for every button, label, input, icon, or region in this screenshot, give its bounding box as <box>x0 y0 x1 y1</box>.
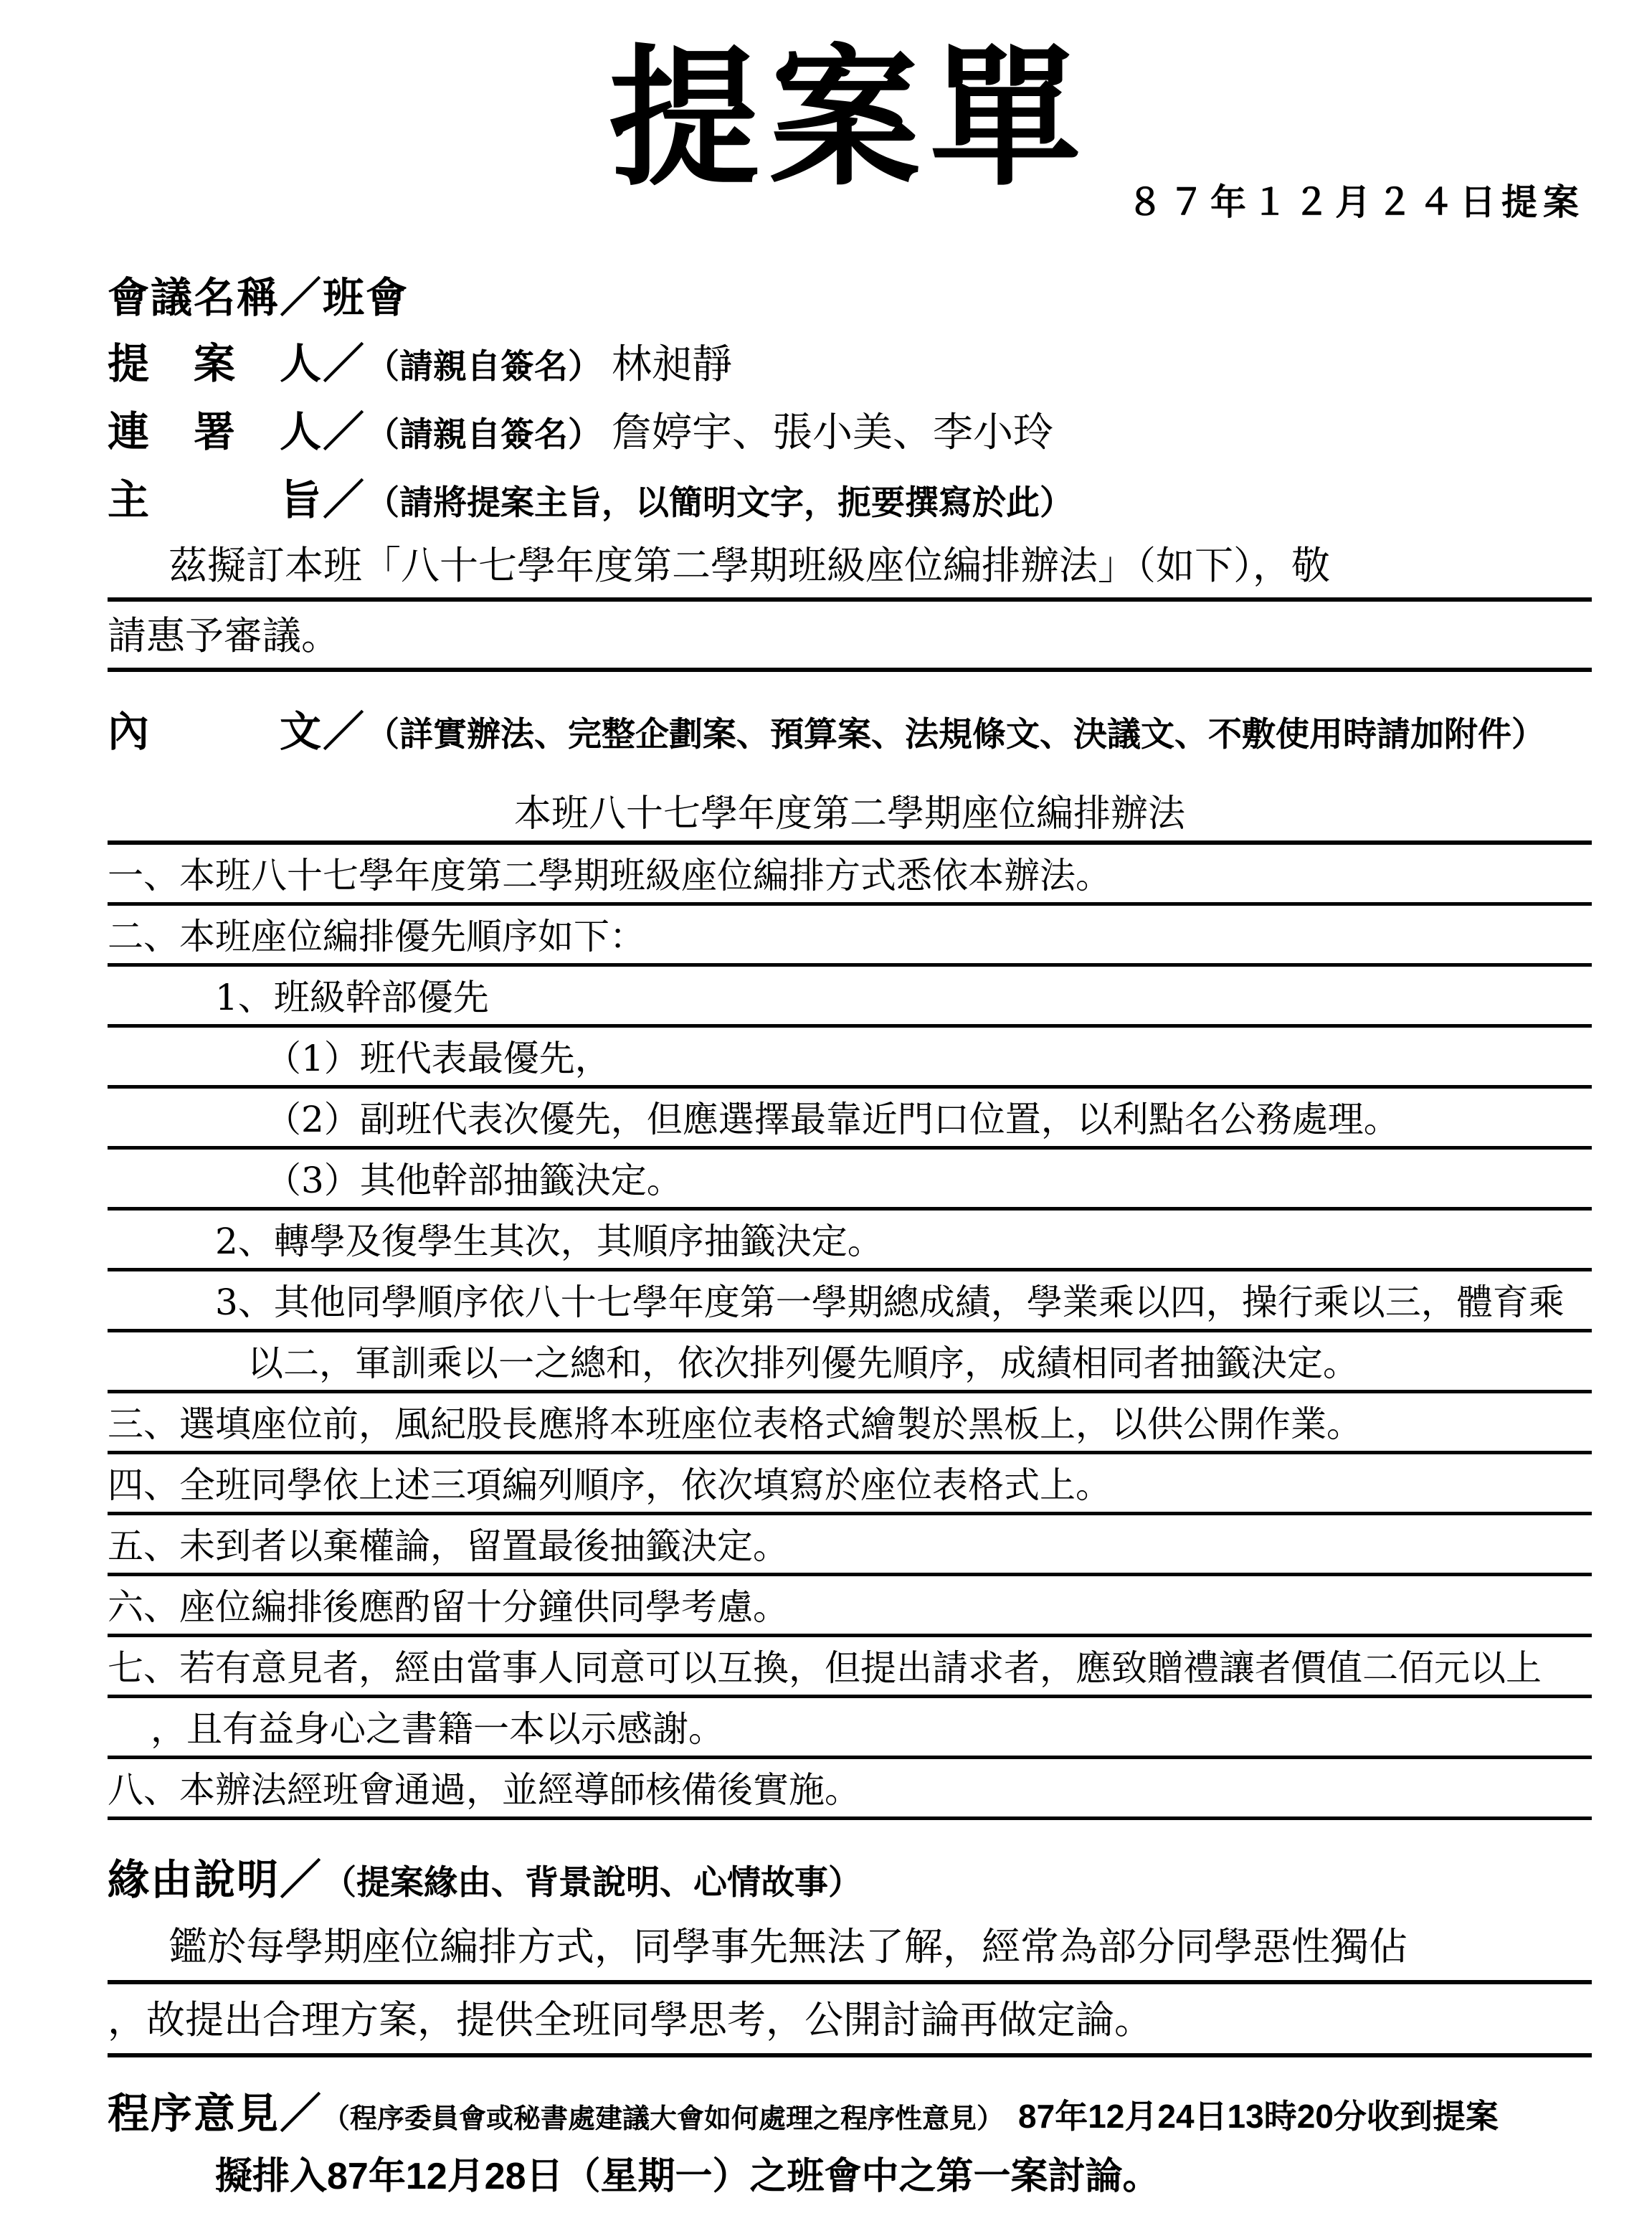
reason-lines: 鑑於每學期座位編排方式，同學事先無法了解，經常為部分同學惡性獨佔 ，故提出合理方… <box>108 1914 1592 2057</box>
reason-line: 鑑於每學期座位編排方式，同學事先無法了解，經常為部分同學惡性獨佔 <box>108 1914 1592 1984</box>
proposer-label: 提 案 人／ <box>108 340 366 389</box>
subject-line-text: 茲擬訂本班「八十七學年度第二學期班級座位編排辦法」（如下），敬 <box>168 543 1330 588</box>
proposer-signature: 林昶靜 <box>612 341 732 389</box>
field-procedure: 程序意見／ （程序委員會或秘書處建議大會如何處理之程序性意見） 87年12月24… <box>108 2092 1592 2141</box>
content-line: （1）班代表最優先， <box>108 1032 1592 1089</box>
reason-hint: （提案緣由、背景說明、心情故事） <box>323 1858 862 1907</box>
proposal-form-page: 提案單 ８７年１２月２４日提案 會議名稱／ 班會 提 案 人／ （請親自簽名） … <box>0 0 1652 2231</box>
content-line-text: 1、班級幹部優先 <box>215 977 489 1018</box>
content-line-text: 一、本班八十七學年度第二學期班級座位編排方式悉依本辦法。 <box>108 855 1111 896</box>
content-line: 二、本班座位編排優先順序如下： <box>108 910 1592 967</box>
content-doc-title: 本班八十七學年度第二學期座位編排辦法 <box>108 787 1592 845</box>
procedure-label: 程序意見／ <box>108 2092 323 2136</box>
content-line: 2、轉學及復學生其次，其順序抽籤決定。 <box>108 1215 1592 1271</box>
content-line-text: 二、本班座位編排優先順序如下： <box>108 916 645 957</box>
reason-label: 緣由說明／ <box>108 1856 323 1905</box>
subject-line-text: 請惠予審議。 <box>108 613 340 658</box>
content-line-text: 3、其他同學順序依八十七學年度第一學期總成績，學業乘以四，操行乘以三，體育乘 <box>215 1282 1565 1323</box>
subject-label: 主 旨／ <box>108 476 366 525</box>
procedure-hint: （程序委員會或秘書處建議大會如何處理之程序性意見） <box>323 2097 1004 2141</box>
field-cosigners: 連 署 人／ （請親自簽名） 詹婷宇、張小美、李小玲 <box>108 408 1592 459</box>
content-line: 五、未到者以棄權論，留置最後抽籤決定。 <box>108 1520 1592 1576</box>
procedure-received-note: 87年12月24日13時20分收到提案 <box>1018 2094 1499 2138</box>
cosigners-signatures: 詹婷宇、張小美、李小玲 <box>612 409 1053 458</box>
subject-line: 茲擬訂本班「八十七學年度第二學期班級座位編排辦法」（如下），敬 <box>108 534 1592 602</box>
procedure-line-text: 擬排入87年12月28日（星期一）之班會中之第一案討論。 <box>215 2156 1160 2197</box>
content-line-text: 七、若有意見者，經由當事人同意可以互換，但提出請求者，應致贈禮讓者價值二佰元以上 <box>108 1647 1542 1689</box>
meeting-label: 會議名稱／ <box>108 274 323 323</box>
content-line: ，且有益身心之書籍一本以示感謝。 <box>108 1702 1592 1759</box>
field-subject: 主 旨／ （請將提案主旨，以簡明文字，扼要撰寫於此） <box>108 476 1592 527</box>
content-line: （3）其他幹部抽籤決定。 <box>108 1154 1592 1211</box>
content-label: 內 文／ <box>108 708 366 757</box>
field-reason: 緣由說明／ （提案緣由、背景說明、心情故事） <box>108 1856 1592 1907</box>
content-line-text: 六、座位編排後應酌留十分鐘供同學考慮。 <box>108 1586 789 1628</box>
reason-line: ，故提出合理方案，提供全班同學思考，公開討論再做定論。 <box>108 1987 1592 2057</box>
content-line: （2）副班代表次優先，但應選擇最靠近門口位置，以利點名公務處理。 <box>108 1093 1592 1150</box>
content-line: 1、班級幹部優先 <box>108 971 1592 1028</box>
procedure-lines: 擬排入87年12月28日（星期一）之班會中之第一案討論。 <box>108 2151 1592 2202</box>
field-proposer: 提 案 人／ （請親自簽名） 林昶靜 <box>108 340 1592 391</box>
content-line-text: 五、未到者以棄權論，留置最後抽籤決定。 <box>108 1525 789 1567</box>
reason-line-text: 鑑於每學期座位編排方式，同學事先無法了解，經常為部分同學惡性獨佔 <box>168 1924 1407 1969</box>
content-line-text: 以二，軍訓乘以一之總和，依次排列優先順序，成績相同者抽籤決定。 <box>247 1342 1359 1384</box>
content-lines: 一、本班八十七學年度第二學期班級座位編排方式悉依本辦法。 二、本班座位編排優先順… <box>108 849 1592 1820</box>
content-line: 八、本辦法經班會通過，並經導師核備後實施。 <box>108 1763 1592 1820</box>
content-line-text: 2、轉學及復學生其次，其順序抽籤決定。 <box>215 1221 883 1262</box>
cosigners-sign-hint: （請親自簽名） <box>366 410 602 459</box>
content-line-text: 四、全班同學依上述三項編列順序，依次填寫於座位表格式上。 <box>108 1464 1111 1506</box>
procedure-line: 擬排入87年12月28日（星期一）之班會中之第一案討論。 <box>108 2151 1592 2202</box>
content-line: 一、本班八十七學年度第二學期班級座位編排方式悉依本辦法。 <box>108 849 1592 906</box>
content-line-text: ，且有益身心之書籍一本以示感謝。 <box>151 1708 724 1750</box>
content-line: 三、選填座位前，風紀股長應將本班座位表格式繪製於黑板上，以供公開作業。 <box>108 1398 1592 1454</box>
meeting-value: 班會 <box>323 274 409 323</box>
form-header: 提案單 ８７年１２月２４日提案 <box>108 29 1592 238</box>
content-line-text: （2）副班代表次優先，但應選擇最靠近門口位置，以利點名公務處理。 <box>265 1099 1400 1140</box>
proposer-sign-hint: （請親自簽名） <box>366 342 602 391</box>
content-line: 六、座位編排後應酌留十分鐘供同學考慮。 <box>108 1581 1592 1637</box>
subject-lines: 茲擬訂本班「八十七學年度第二學期班級座位編排辦法」（如下），敬 請惠予審議。 <box>108 534 1592 672</box>
reason-line-text: ，故提出合理方案，提供全班同學思考，公開討論再做定論。 <box>108 1997 1153 2042</box>
content-line: 以二，軍訓乘以一之總和，依次排列優先順序，成績相同者抽籤決定。 <box>108 1337 1592 1393</box>
field-meeting: 會議名稱／ 班會 <box>108 274 1592 323</box>
subject-hint: （請將提案主旨，以簡明文字，扼要撰寫於此） <box>366 478 1073 527</box>
field-content: 內 文／ （詳實辦法、完整企劃案、預算案、法規條文、決議文、不敷使用時請加附件） <box>108 708 1592 759</box>
content-line: 七、若有意見者，經由當事人同意可以互換，但提出請求者，應致贈禮讓者價值二佰元以上 <box>108 1642 1592 1698</box>
content-line: 四、全班同學依上述三項編列順序，依次填寫於座位表格式上。 <box>108 1459 1592 1515</box>
cosigners-label: 連 署 人／ <box>108 408 366 457</box>
proposal-date: ８７年１２月２４日提案 <box>1127 174 1585 225</box>
content-line-text: （1）班代表最優先， <box>265 1038 611 1079</box>
content-hint: （詳實辦法、完整企劃案、預算案、法規條文、決議文、不敷使用時請加附件） <box>366 710 1545 759</box>
content-line-text: 三、選填座位前，風紀股長應將本班座位表格式繪製於黑板上，以供公開作業。 <box>108 1403 1362 1445</box>
content-line-text: （3）其他幹部抽籤決定。 <box>265 1160 683 1201</box>
content-line: 3、其他同學順序依八十七學年度第一學期總成績，學業乘以四，操行乘以三，體育乘 <box>108 1276 1592 1332</box>
subject-line: 請惠予審議。 <box>108 605 1592 672</box>
content-line-text: 八、本辦法經班會通過，並經導師核備後實施。 <box>108 1769 860 1811</box>
